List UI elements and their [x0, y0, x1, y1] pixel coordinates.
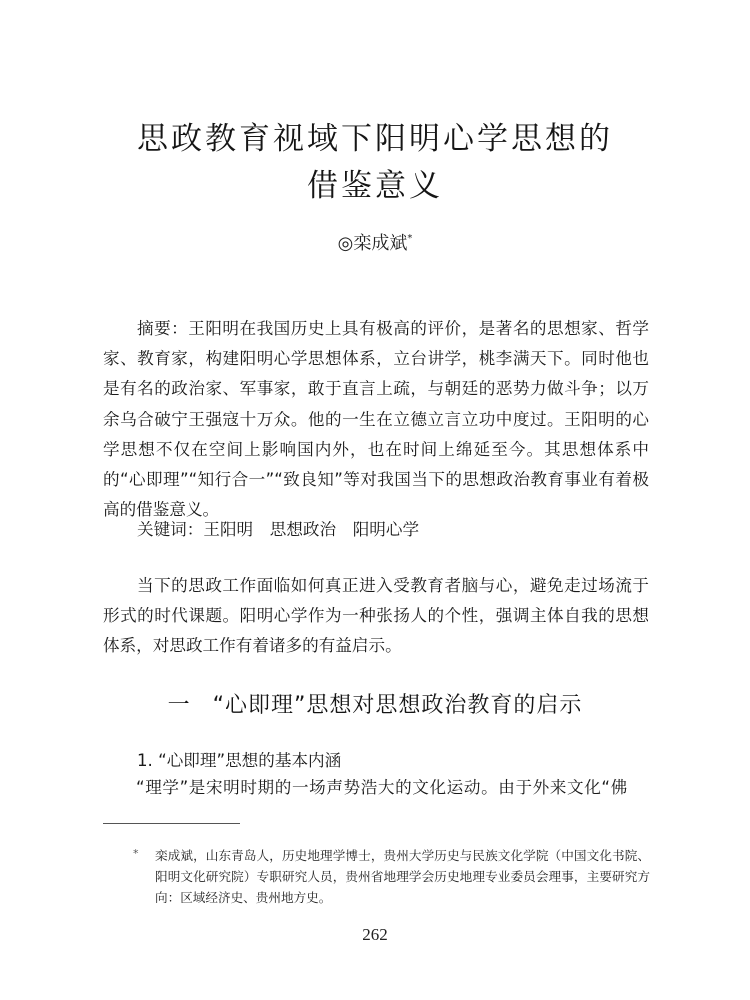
paper-page: 思政教育视域下阳明心学思想的 借鉴意义 ◎栾成斌* 摘要：王阳明在我国历史上具有…: [0, 0, 750, 1000]
introduction: 当下的思政工作面临如何真正进入受教育者脑与心，避免走过场流于形式的时代课题。阳明…: [103, 571, 649, 662]
introduction-text: 当下的思政工作面临如何真正进入受教育者脑与心，避免走过场流于形式的时代课题。阳明…: [103, 571, 649, 662]
section-heading: 一“心即理”思想对思想政治教育的启示: [0, 688, 750, 719]
footnote-mark: *: [133, 847, 139, 860]
section-paragraph: “理学”是宋明时期的一场声势浩大的文化运动。由于外来文化“佛: [136, 774, 628, 798]
footnote-text: 栾成斌，山东青岛人，历史地理学博士，贵州大学历史与民族文化学院（中国文化书院、阳…: [155, 845, 650, 908]
subsection-heading: 1. “心即理”思想的基本内涵: [137, 747, 341, 771]
keywords-text: 关键词：王阳明 思想政治 阳明心学: [103, 515, 649, 545]
author-line: ◎栾成斌*: [0, 229, 750, 255]
section-title: “心即理”思想对思想政治教育的启示: [213, 693, 583, 718]
paper-title-line2: 借鉴意义: [0, 171, 750, 202]
author-name: ◎栾成斌: [338, 233, 408, 254]
keywords: 关键词：王阳明 思想政治 阳明心学: [103, 515, 649, 545]
section-number: 一: [168, 693, 191, 718]
page-number: 262: [0, 925, 750, 945]
author-footnote-mark: *: [407, 233, 412, 244]
footnote-divider: [103, 823, 240, 824]
abstract: 摘要：王阳明在我国历史上具有极高的评价，是著名的思想家、哲学家、教育家，构建阳明…: [103, 314, 649, 525]
paper-title-line1: 思政教育视域下阳明心学思想的: [0, 124, 750, 155]
abstract-text: 摘要：王阳明在我国历史上具有极高的评价，是著名的思想家、哲学家、教育家，构建阳明…: [103, 314, 649, 525]
